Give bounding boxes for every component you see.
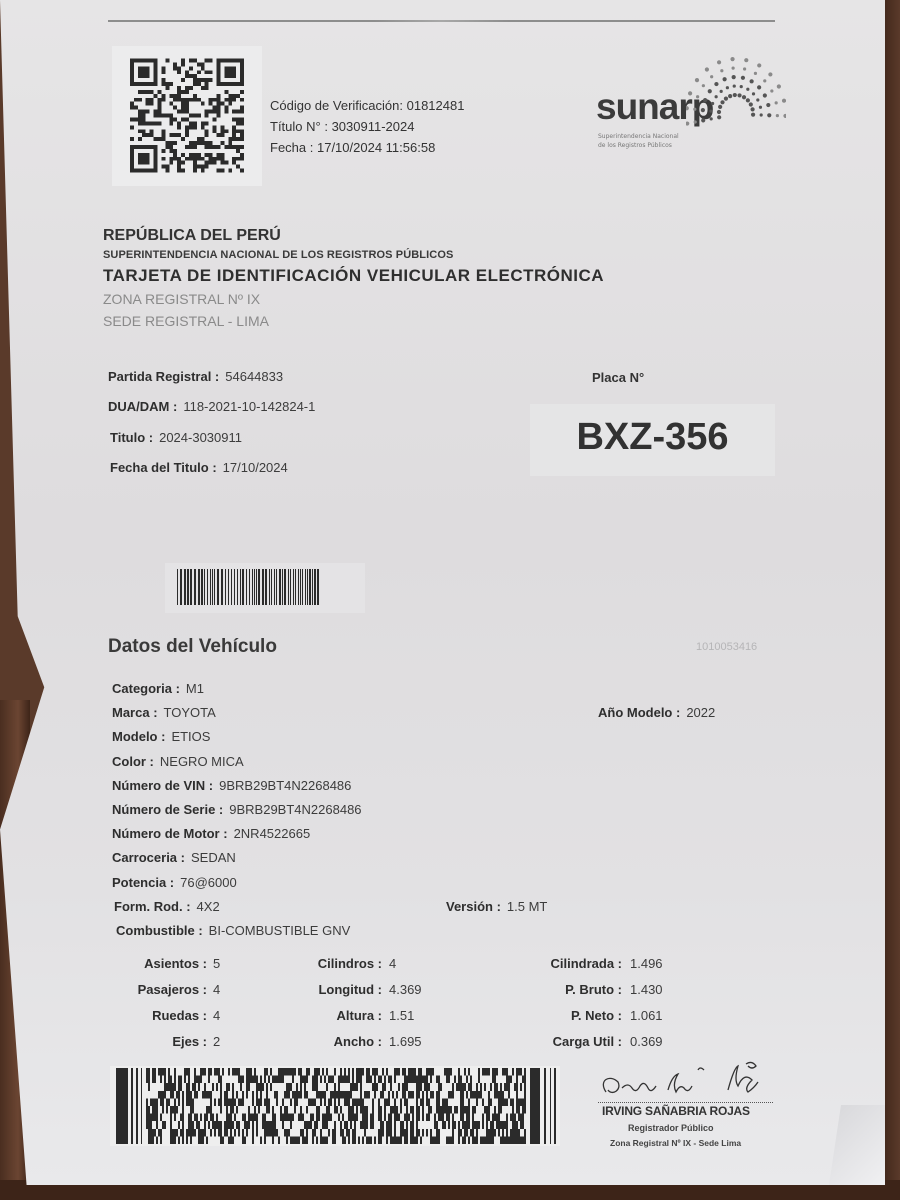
pdf417-barcode-icon [110, 1066, 560, 1146]
agency-name: SUPERINTENDENCIA NACIONAL DE LOS REGISTR… [103, 246, 604, 264]
qr-code-icon [130, 58, 244, 173]
vehicle-field-row: Form. Rod. :4X2 [114, 899, 220, 914]
spec-label: Ruedas : [152, 1008, 207, 1023]
spec-value: 5 [213, 956, 220, 971]
placa-box: BXZ-356 [530, 404, 775, 476]
spec-label: Asientos : [144, 956, 207, 971]
vehicle-field-row: Color :NEGRO MICA [112, 754, 244, 769]
spec-value: 0.369 [630, 1034, 663, 1049]
pdf417-barcode [110, 1066, 560, 1146]
placa-number: BXZ-356 [530, 416, 775, 459]
anio-modelo: Año Modelo :2022 [598, 705, 715, 720]
titulo: Titulo :2024-3030911 [110, 430, 242, 445]
qr-code [112, 46, 262, 186]
version: Versión :1.5 MT [446, 899, 547, 914]
field-label: Combustible : [116, 923, 203, 938]
vehicle-field-row: Potencia :76@6000 [112, 875, 237, 890]
vehicle-data-title: Datos del Vehículo [108, 636, 277, 658]
field-value: TOYOTA [164, 705, 216, 720]
spec-value: 1.430 [630, 982, 663, 997]
field-value: 9BRB29BT4N2268486 [229, 802, 361, 817]
verification-date: 17/10/2024 11:56:58 [317, 140, 435, 155]
signature-block: IRVING SAÑABRIA ROJAS Registrador Públic… [580, 1060, 790, 1160]
signature-line [598, 1102, 773, 1103]
document-paper: Código de Verificación: 01812481 Título … [0, 0, 885, 1185]
placa-label: Placa N° [592, 370, 644, 385]
sunarp-dots-icon [686, 56, 786, 160]
fecha-del-titulo: Fecha del Titulo :17/10/2024 [110, 460, 288, 475]
spec-label: Pasajeros : [138, 982, 207, 997]
spec-label: Cilindros : [318, 956, 382, 971]
spec-value: 1.061 [630, 1008, 663, 1023]
field-value: 9BRB29BT4N2268486 [219, 778, 351, 793]
spec-value: 4 [389, 956, 396, 971]
vehicle-field-row: Número de Motor :2NR4522665 [112, 826, 310, 841]
title-number: 3030911-2024 [332, 119, 415, 134]
spec-label: P. Neto : [571, 1008, 622, 1023]
field-value: ETIOS [171, 729, 210, 744]
spec-label: Carga Util : [553, 1034, 622, 1049]
spec-value: 2 [213, 1034, 220, 1049]
verification-block: Código de Verificación: 01812481 Título … [270, 95, 464, 158]
dua-dam: DUA/DAM :118-2021-10-142824-1 [108, 399, 315, 414]
field-value: NEGRO MICA [160, 754, 244, 769]
field-label: Form. Rod. : [114, 899, 191, 914]
registrar-role: Registrador Público [628, 1123, 714, 1133]
sede-registral: SEDE REGISTRAL - LIMA [103, 310, 604, 332]
field-label: Número de Serie : [112, 802, 223, 817]
registrar-zone: Zona Registral Nº IX - Sede Lima [610, 1138, 741, 1148]
field-value: M1 [186, 681, 204, 696]
signature-scrawl-icon [588, 1060, 778, 1105]
sunarp-logo: sunarp Superintendencia Nacional de los … [596, 62, 796, 162]
country-name: REPÚBLICA DEL PERÚ [103, 226, 604, 246]
spec-label: Ejes : [172, 1034, 207, 1049]
spec-value: 1.695 [389, 1034, 422, 1049]
field-label: Color : [112, 754, 154, 769]
spec-value: 1.496 [630, 956, 663, 971]
field-label: Potencia : [112, 875, 174, 890]
faint-serial-code: 1010053416 [696, 641, 757, 653]
barcode-icon [177, 569, 319, 605]
vehicle-field-row: Categoria :M1 [112, 681, 204, 696]
vehicle-field-row: Combustible :BI-COMBUSTIBLE GNV [116, 923, 350, 938]
field-value: 4X2 [197, 899, 220, 914]
field-label: Número de Motor : [112, 826, 228, 841]
spec-label: Longitud : [318, 982, 382, 997]
document-header: REPÚBLICA DEL PERÚ SUPERINTENDENCIA NACI… [103, 226, 604, 332]
zona-registral: ZONA REGISTRAL Nº IX [103, 288, 604, 310]
vehicle-field-row: Marca :TOYOTA [112, 705, 216, 720]
verification-code-line: Código de Verificación: 01812481 [270, 95, 464, 116]
verification-date-line: Fecha : 17/10/2024 11:56:58 [270, 137, 464, 158]
field-label: Marca : [112, 705, 158, 720]
field-value: 2NR4522665 [234, 826, 311, 841]
top-divider [108, 20, 775, 22]
spec-value: 4 [213, 1008, 220, 1023]
field-value: SEDAN [191, 850, 236, 865]
spec-value: 1.51 [389, 1008, 414, 1023]
vehicle-field-row: Número de VIN :9BRB29BT4N2268486 [112, 778, 351, 793]
field-value: 76@6000 [180, 875, 237, 890]
linear-barcode [165, 563, 365, 613]
spec-label: Altura : [337, 1008, 383, 1023]
field-label: Modelo : [112, 729, 165, 744]
document-title: TARJETA DE IDENTIFICACIÓN VEHICULAR ELEC… [103, 264, 604, 288]
title-number-line: Título N° : 3030911-2024 [270, 116, 464, 137]
spec-value: 4.369 [389, 982, 422, 997]
vehicle-field-row: Número de Serie :9BRB29BT4N2268486 [112, 802, 362, 817]
partida-registral: Partida Registral :54644833 [108, 369, 283, 384]
vehicle-field-row: Modelo :ETIOS [112, 729, 210, 744]
verification-code: 01812481 [407, 98, 465, 113]
spec-label: Ancho : [334, 1034, 382, 1049]
spec-label: Cilindrada : [550, 956, 622, 971]
field-label: Número de VIN : [112, 778, 213, 793]
field-value: BI-COMBUSTIBLE GNV [209, 923, 351, 938]
vehicle-field-row: Carroceria :SEDAN [112, 850, 236, 865]
field-label: Carroceria : [112, 850, 185, 865]
field-label: Categoria : [112, 681, 180, 696]
spec-label: P. Bruto : [565, 982, 622, 997]
spec-value: 4 [213, 982, 220, 997]
folded-corner [829, 1105, 889, 1185]
registrar-name: IRVING SAÑABRIA ROJAS [602, 1104, 750, 1118]
